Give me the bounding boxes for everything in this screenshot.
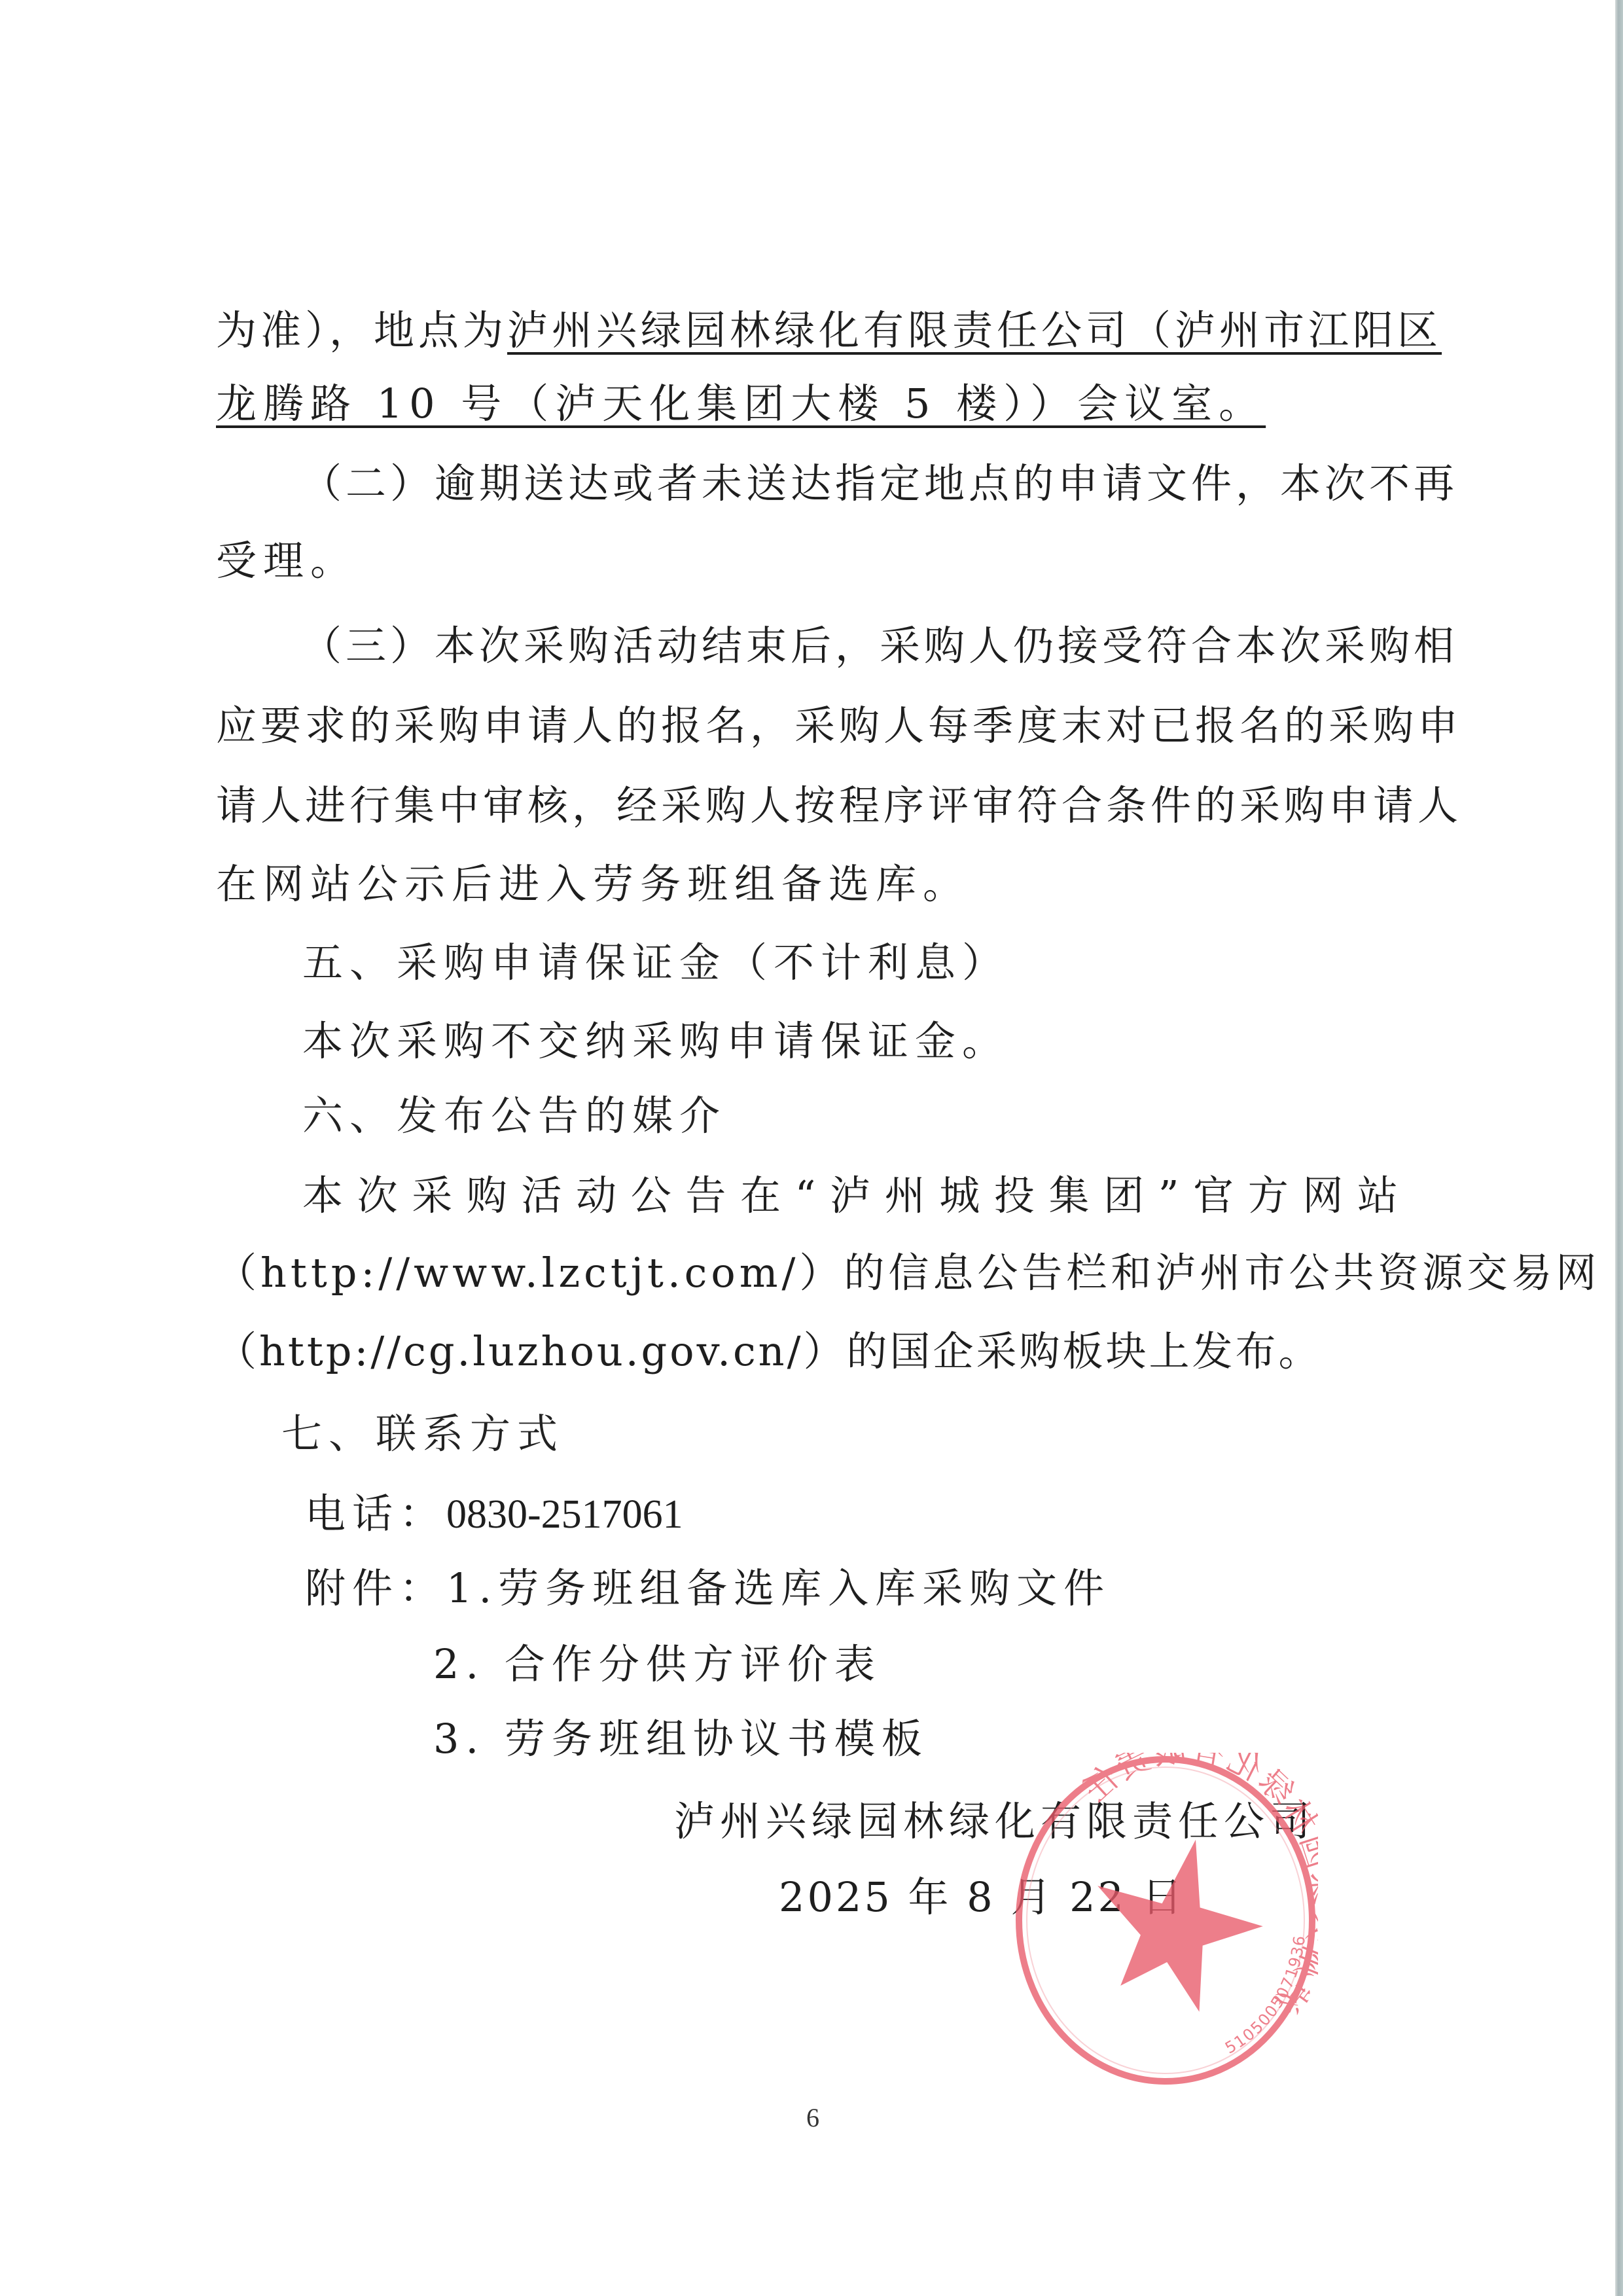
section-5-text: 本次采购不交纳采购申请保证金。 [302,1021,1009,1062]
location-line-1: 为准），地点为泸州兴绿园林绿化有限责任公司（泸州市江阳区 [216,310,1407,351]
attachments-row-1: 附件：1.劳务班组备选库入库采购文件 [305,1568,1111,1609]
section-5-heading: 五、采购申请保证金（不计利息） [302,942,1009,983]
section-6-heading: 六、发布公告的媒介 [302,1096,726,1136]
item-3-line-4: 在网站公示后进入劳务班组备选库。 [216,864,970,905]
signature-date: 2025 年 8 月 22 日 [779,1877,1185,1918]
attachment-item-1: 1.劳务班组备选库入库采购文件 [446,1564,1111,1612]
section-6-line-3: （http://cg.luzhou.gov.cn/）的国企采购板块上发布。 [216,1331,1322,1372]
contact-phone: 电话：0830-2517061 [305,1494,683,1535]
seal-number: 5105005071936 [1222,1933,1309,2057]
phone-label: 电话： [305,1490,446,1537]
location-address-underlined-1: 泸州兴绿园林绿化有限责任公司（泸州市江阳区 [507,306,1442,354]
attachment-item-2: 2. 合作分供方评价表 [433,1644,882,1685]
location-line-2: 龙腾路 10 号（泸天化集团大楼 5 楼））会议室。 [216,384,1266,424]
item-3-line-3: 请人进行集中审核，经采购人按程序评审符合条件的采购申请人 [216,785,1407,826]
section-6-line-1: 本次采购活动公告在“泸州城投集团”官方网站 [302,1175,1407,1216]
phone-value: 0830-2517061 [446,1492,683,1537]
location-address-underlined-2: 龙腾路 10 号（泸天化集团大楼 5 楼））会议室。 [216,380,1266,427]
item-3-line-1: （三）本次采购活动结束后，采购人仍接受符合本次采购相 [301,626,1407,666]
location-prefix: 为准），地点为 [216,306,507,354]
svg-text:5105005071936: 5105005071936 [1222,1933,1309,2057]
item-2-line-1: （二）逾期送达或者未送达指定地点的申请文件，本次不再 [301,463,1407,504]
section-6-line-2: （http://www.lzctjt.com/）的信息公告栏和泸州市公共资源交易… [216,1253,1407,1293]
scan-edge-strip [1615,0,1623,2296]
signature-company: 泸州兴绿园林绿化有限责任公司 [674,1801,1315,1842]
page-number: 6 [806,2102,819,2133]
attachments-label: 附件： [305,1564,446,1612]
attachment-item-3: 3. 劳务班组协议书模板 [433,1719,929,1759]
item-2-line-2: 受理。 [216,541,357,581]
section-7-heading: 七、联系方式 [281,1414,564,1454]
item-3-line-2: 应要求的采购申请人的报名，采购人每季度末对已报名的采购申 [216,706,1407,746]
